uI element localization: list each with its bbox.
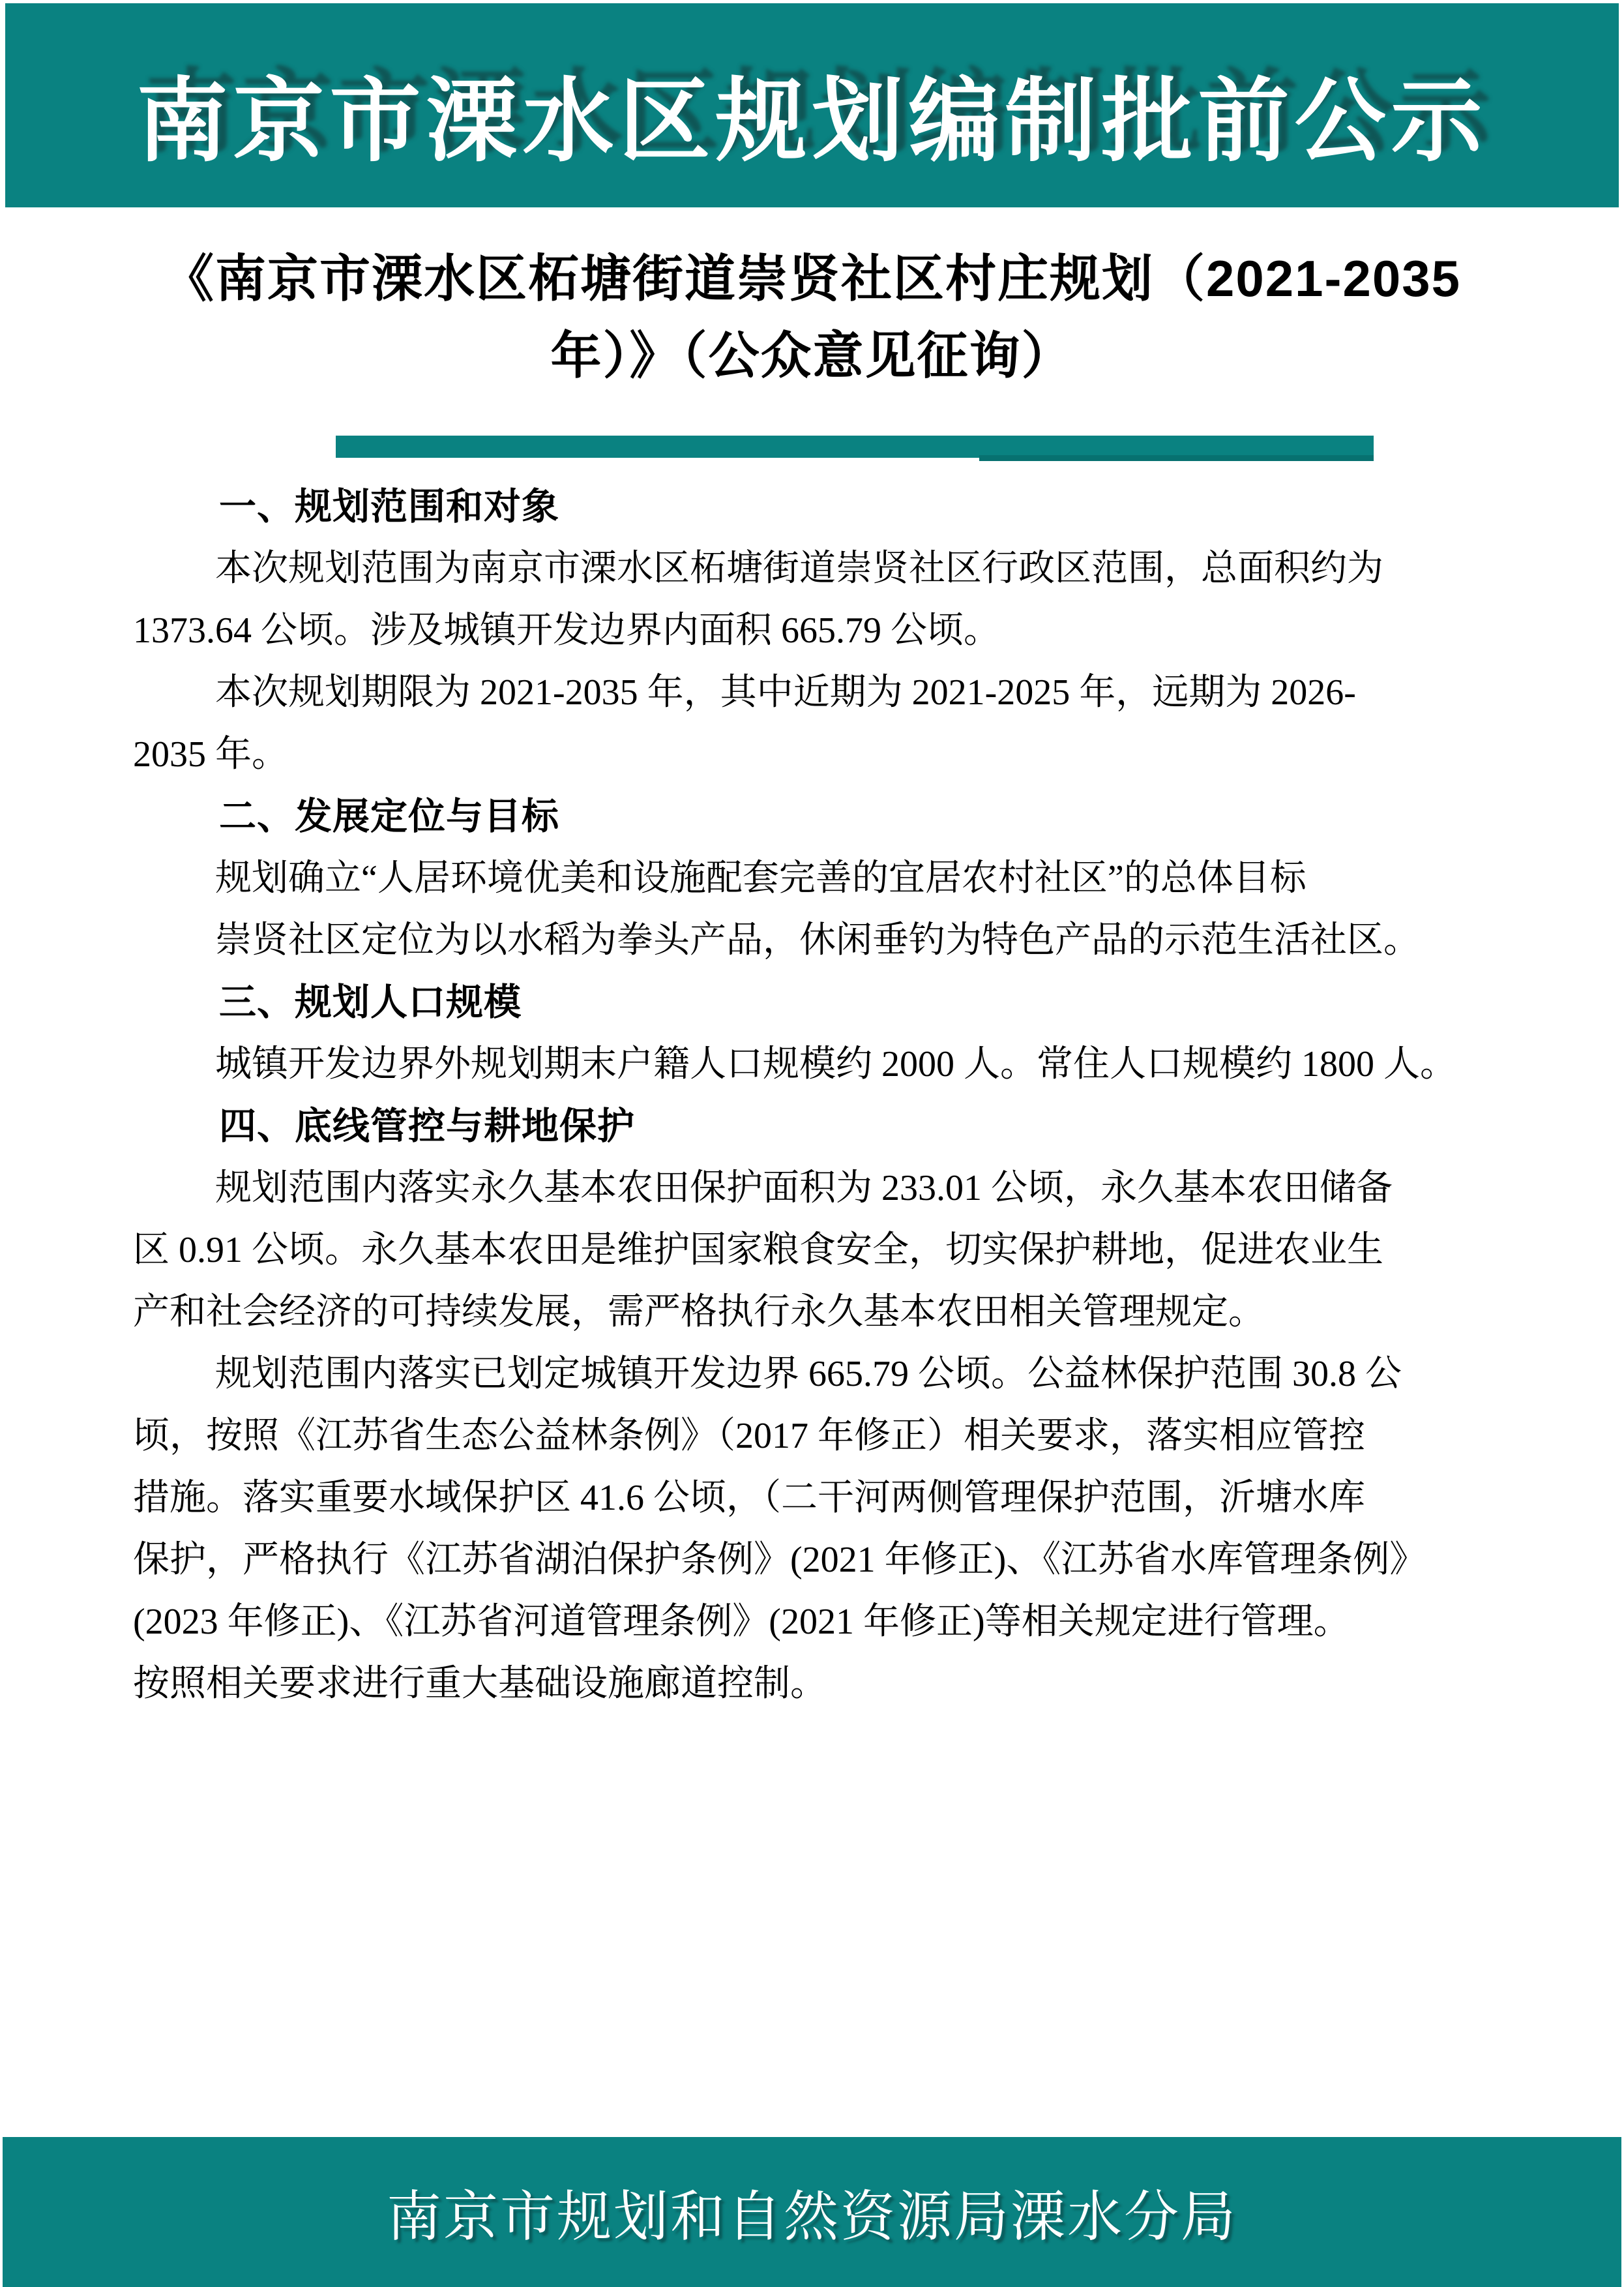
plan-subtitle-line1: 《南京市溧水区柘塘街道崇贤社区村庄规划（2021-2035	[0, 240, 1624, 317]
section-1-heading: 一、规划范围和对象	[133, 476, 1515, 538]
top-banner: 南京市溧水区规划编制批前公示	[5, 3, 1619, 207]
plan-subtitle: 《南京市溧水区柘塘街道崇贤社区村庄规划（2021-2035 年）》（公众意见征询…	[0, 240, 1624, 394]
announcement-body: 一、规划范围和对象 本次规划范围为南京市溧水区柘塘街道崇贤社区行政区范围，总面积…	[133, 476, 1515, 1715]
body-line: 规划范围内落实已划定城镇开发边界 665.79 公顷。公益林保护范围 30.8 …	[133, 1343, 1515, 1405]
body-line: 崇贤社区定位为以水稻为拳头产品，休闲垂钓为特色产品的示范生活社区。	[133, 910, 1515, 972]
section-3-heading: 三、规划人口规模	[133, 972, 1515, 1034]
page-title: 南京市溧水区规划编制批前公示	[136, 31, 1487, 179]
footer-banner: 南京市规划和自然资源局溧水分局	[3, 2137, 1621, 2287]
teal-divider-bar	[336, 436, 1374, 458]
body-line: 规划确立“人居环境优美和设施配套完善的宜居农村社区”的总体目标	[133, 848, 1515, 910]
body-line: (2023 年修正)、《江苏省河道管理条例》(2021 年修正)等相关规定进行管…	[133, 1591, 1515, 1653]
teal-divider-dark-segment	[979, 455, 1374, 461]
body-line: 顷，按照《江苏省生态公益林条例》（2017 年修正）相关要求，落实相应管控	[133, 1405, 1515, 1467]
body-line: 本次规划范围为南京市溧水区柘塘街道崇贤社区行政区范围，总面积约为	[133, 538, 1515, 600]
body-line: 规划范围内落实永久基本农田保护面积为 233.01 公顷，永久基本农田储备	[133, 1158, 1515, 1219]
section-4-heading: 四、底线管控与耕地保护	[133, 1096, 1515, 1158]
body-line: 按照相关要求进行重大基础设施廊道控制。	[133, 1653, 1515, 1715]
body-line: 区 0.91 公顷。永久基本农田是维护国家粮食安全，切实保护耕地，促进农业生	[133, 1219, 1515, 1281]
body-line: 保护，严格执行《江苏省湖泊保护条例》(2021 年修正)、《江苏省水库管理条例》	[133, 1529, 1515, 1591]
body-line: 1373.64 公顷。涉及城镇开发边界内面积 665.79 公顷。	[133, 600, 1515, 662]
section-2-heading: 二、发展定位与目标	[133, 786, 1515, 848]
body-line: 2035 年。	[133, 724, 1515, 786]
body-line: 本次规划期限为 2021-2035 年，其中近期为 2021-2025 年，远期…	[133, 662, 1515, 724]
body-line: 产和社会经济的可持续发展，需严格执行永久基本农田相关管理规定。	[133, 1281, 1515, 1343]
issuing-agency: 南京市规划和自然资源局溧水分局	[387, 2173, 1237, 2252]
announcement-page: 南京市溧水区规划编制批前公示 《南京市溧水区柘塘街道崇贤社区村庄规划（2021-…	[0, 0, 1624, 2287]
body-line: 措施。落实重要水域保护区 41.6 公顷，（二干河两侧管理保护范围，沂塘水库	[133, 1467, 1515, 1529]
body-line: 城镇开发边界外规划期末户籍人口规模约 2000 人。常住人口规模约 1800 人…	[133, 1034, 1515, 1096]
plan-subtitle-line2: 年）》（公众意见征询）	[0, 317, 1624, 394]
